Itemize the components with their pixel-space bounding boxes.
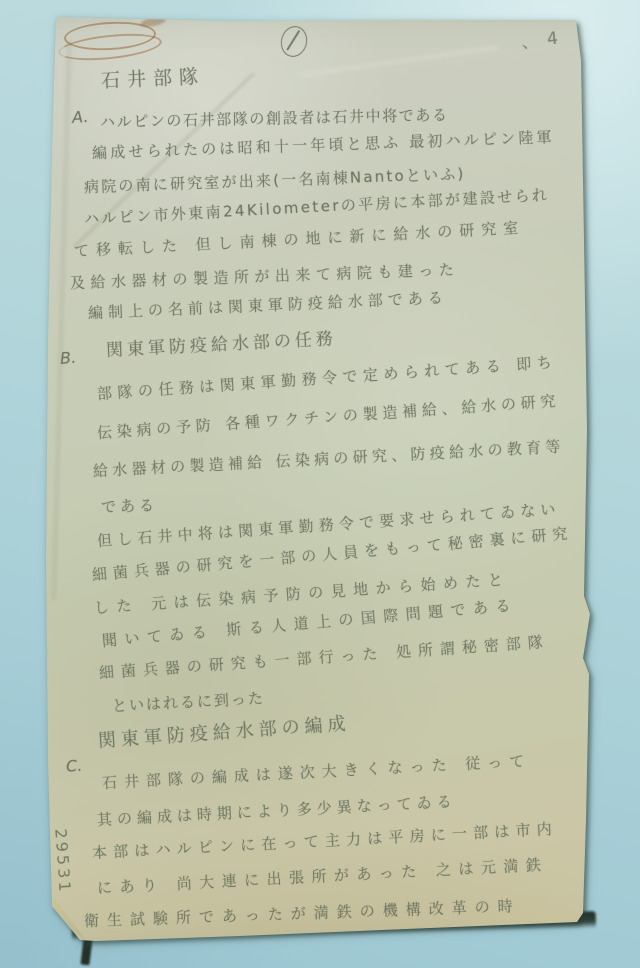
handwritten-line: 編制上の名前は関東軍防疫給水部である (88, 286, 449, 323)
section-heading: 関東軍防疫給水部の任務 (105, 324, 337, 361)
document-page: 、4 石井部隊 A. ハルピンの石井部隊の創設者は石井中将である 編成せられたの… (0, 0, 640, 968)
circled-page-number (278, 23, 311, 59)
photo-backdrop: 、4 石井部隊 A. ハルピンの石井部隊の創設者は石井中将である 編成せられたの… (0, 0, 640, 968)
section-label-c: C. (65, 756, 83, 776)
paper-crease (301, 46, 499, 76)
handwritten-line: といはれるに到った (111, 687, 265, 716)
archive-number: 29531 (51, 818, 76, 905)
rust-stain (140, 16, 167, 28)
paper-crease (52, 40, 71, 600)
handwritten-line: 編成せられたのは昭和十一年頃と思ふ 最初ハルピン陸軍 (92, 126, 555, 163)
handwritten-line: 衛生試験所であったが満鉄の機構改革の時 (84, 895, 521, 931)
corner-mark: 、4 (519, 23, 568, 53)
section-label-b: B. (59, 348, 77, 368)
handwritten-line: である (101, 494, 159, 517)
section-heading: 関東軍防疫給水部の編成 (97, 709, 351, 753)
section-label-a: A. (71, 107, 89, 127)
page-number-stroke (286, 30, 300, 50)
document-title: 石井部隊 (100, 61, 205, 93)
handwritten-line: 石井部隊の編成は遂次大きくなった 従って (101, 750, 531, 793)
handwritten-line: にあり 尚大連に出張所があった 之は元満鉄 (96, 853, 548, 898)
handwritten-line: 其の編成は時期により多少異なってゐる (96, 790, 457, 830)
handwritten-line: 給水器材の製造補給 伝染病の研究、防疫給水の教育等 (92, 435, 565, 481)
handwritten-line: ハルピンの石井部隊の創設者は石井中将である (100, 104, 449, 132)
